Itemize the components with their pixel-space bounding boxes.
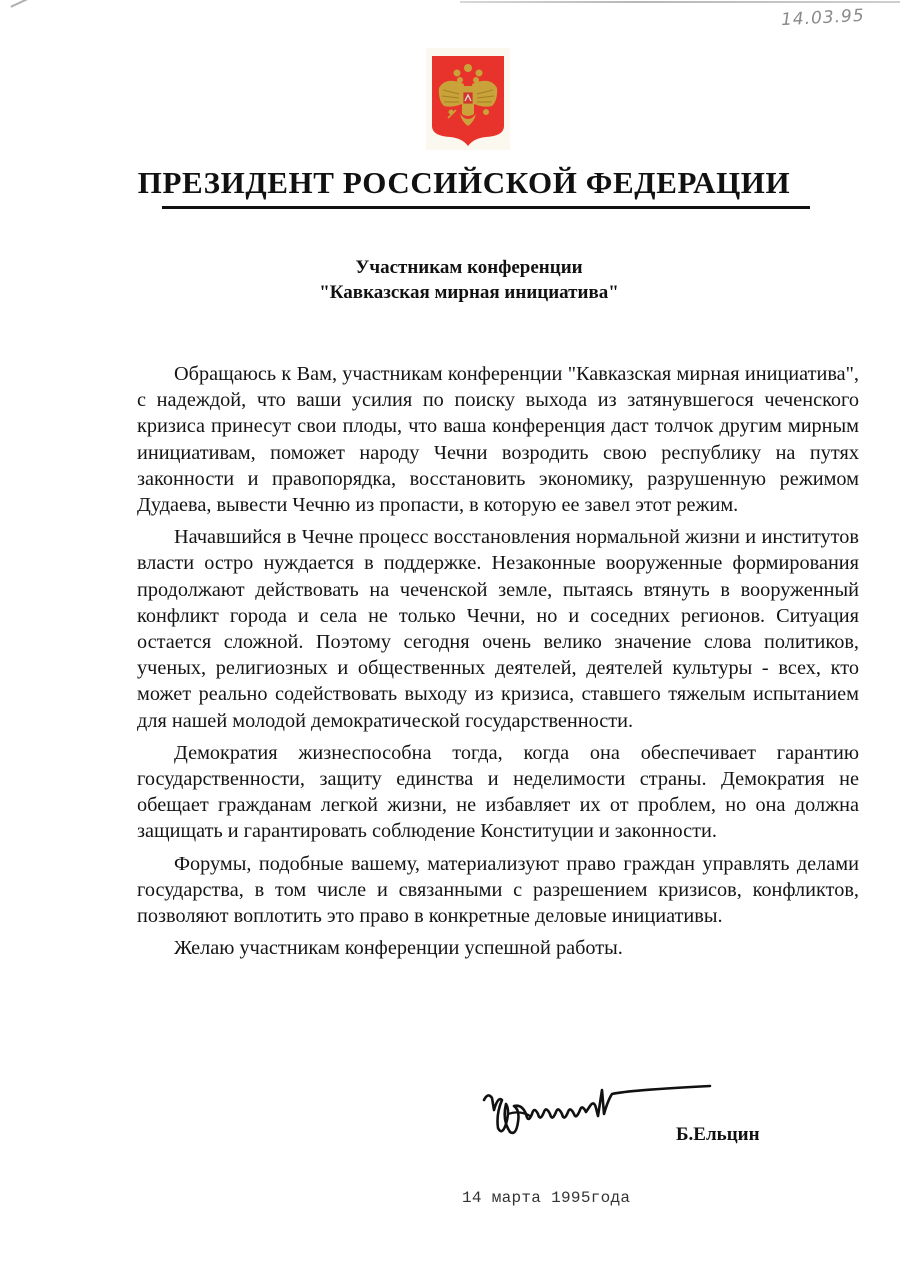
handwritten-date-note: 14.03.95 xyxy=(781,6,866,30)
body-paragraph: Обращаюсь к Вам, участникам конференции … xyxy=(137,361,859,518)
signatory-name: Б.Ельцин xyxy=(676,1124,760,1146)
body-paragraph-closing: Желаю участникам конференции успешной ра… xyxy=(137,935,859,961)
addressee-line-2: "Кавказская мирная инициатива" xyxy=(38,280,900,305)
letterhead-divider xyxy=(162,206,810,209)
russian-coat-of-arms-icon xyxy=(426,48,510,150)
scan-artifact xyxy=(10,0,27,8)
letter-page: 14.03.95 ПРЕЗИДЕНТ РОССИЙСКОЙ ФЕДЕРАЦИИ … xyxy=(0,0,900,1273)
letterhead-title: ПРЕЗИДЕНТ РОССИЙСКОЙ ФЕДЕРАЦИИ xyxy=(0,165,900,201)
letter-date: 14 марта 1995года xyxy=(462,1189,630,1207)
scan-edge-line xyxy=(460,1,900,3)
body-paragraph: Демократия жизнеспособна тогда, когда он… xyxy=(137,740,859,845)
body-paragraph: Начавшийся в Чечне процесс восстановлени… xyxy=(137,524,859,734)
body-paragraph: Форумы, подобные вашему, материализуют п… xyxy=(137,851,859,930)
addressee-line-1: Участникам конференции xyxy=(38,255,900,280)
addressee-block: Участникам конференции "Кавказская мирна… xyxy=(0,255,900,305)
letter-body: Обращаюсь к Вам, участникам конференции … xyxy=(137,361,859,967)
